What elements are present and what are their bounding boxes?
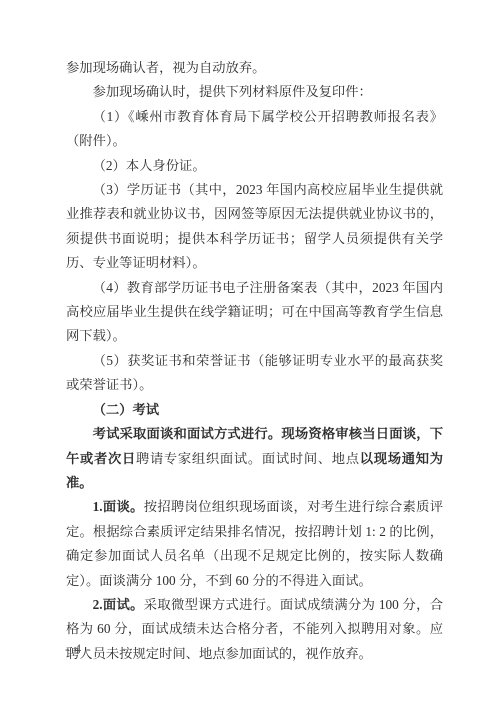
paragraph-interview-2: 2.面试。采取微型课方式进行。面试成绩满分为 100 分，合格为 60 分，面试… [66,593,443,666]
paragraph-item-4: （4）教育部学历证书电子注册备案表（其中，2023 年国内高校应届毕业生提供在线… [66,276,443,349]
paragraph-continuation: 参加现场确认者，视为自动放弃。 [66,56,443,80]
paragraph-item-5: （5）获奖证书和荣誉证书（能够证明专业水平的最高获奖或荣誉证书）。 [66,349,443,398]
document-body: 参加现场确认者，视为自动放弃。 参加现场确认时，提供下列材料原件及复印件： （1… [66,56,443,666]
paragraph-exam-overview: 考试采取面谈和面试方式进行。现场资格审核当日面谈，下午或者次日聘请专家组织面试。… [66,422,443,495]
paragraph-interview-1: 1.面谈。按招聘岗位组织现场面谈，对考生进行综合素质评定。根据综合素质评定结果排… [66,495,443,593]
text-run-bold: 2.面试。 [93,597,144,612]
text-run: （5）获奖证书和荣誉证书（能够证明专业水平的最高获奖或荣誉证书）。 [66,353,443,392]
text-run: （4）教育部学历证书电子注册备案表（其中，2023 年国内高校应届毕业生提供在线… [66,280,443,344]
text-run-bold: 1.面谈。 [93,499,144,514]
page-number: - 4 - [65,641,92,656]
paragraph-item-2: （2）本人身份证。 [66,154,443,178]
text-run: 参加现场确认时，提供下列材料原件及复印件： [93,84,372,99]
paragraph-materials-intro: 参加现场确认时，提供下列材料原件及复印件： [66,80,443,104]
text-run: 聘请专家组织面试。面试时间、地点 [136,451,360,466]
text-run: 参加现场确认者，视为自动放弃。 [66,60,265,75]
paragraph-item-3: （3）学历证书（其中，2023 年国内高校应届毕业生提供就业推荐表和就业协议书，… [66,178,443,276]
text-run: （2）本人身份证。 [93,158,206,173]
paragraph-item-1: （1）《嵊州市教育体育局下属学校公开招聘教师报名表》（附件）。 [66,105,443,154]
section-heading-exam: （二）考试 [66,398,443,422]
text-run: （1）《嵊州市教育体育局下属学校公开招聘教师报名表》（附件）。 [66,109,443,148]
document-page: 参加现场确认者，视为自动放弃。 参加现场确认时，提供下列材料原件及复印件： （1… [0,0,502,711]
heading-text: （二）考试 [93,402,159,417]
text-run: （3）学历证书（其中，2023 年国内高校应届毕业生提供就业推荐表和就业协议书，… [66,182,443,270]
